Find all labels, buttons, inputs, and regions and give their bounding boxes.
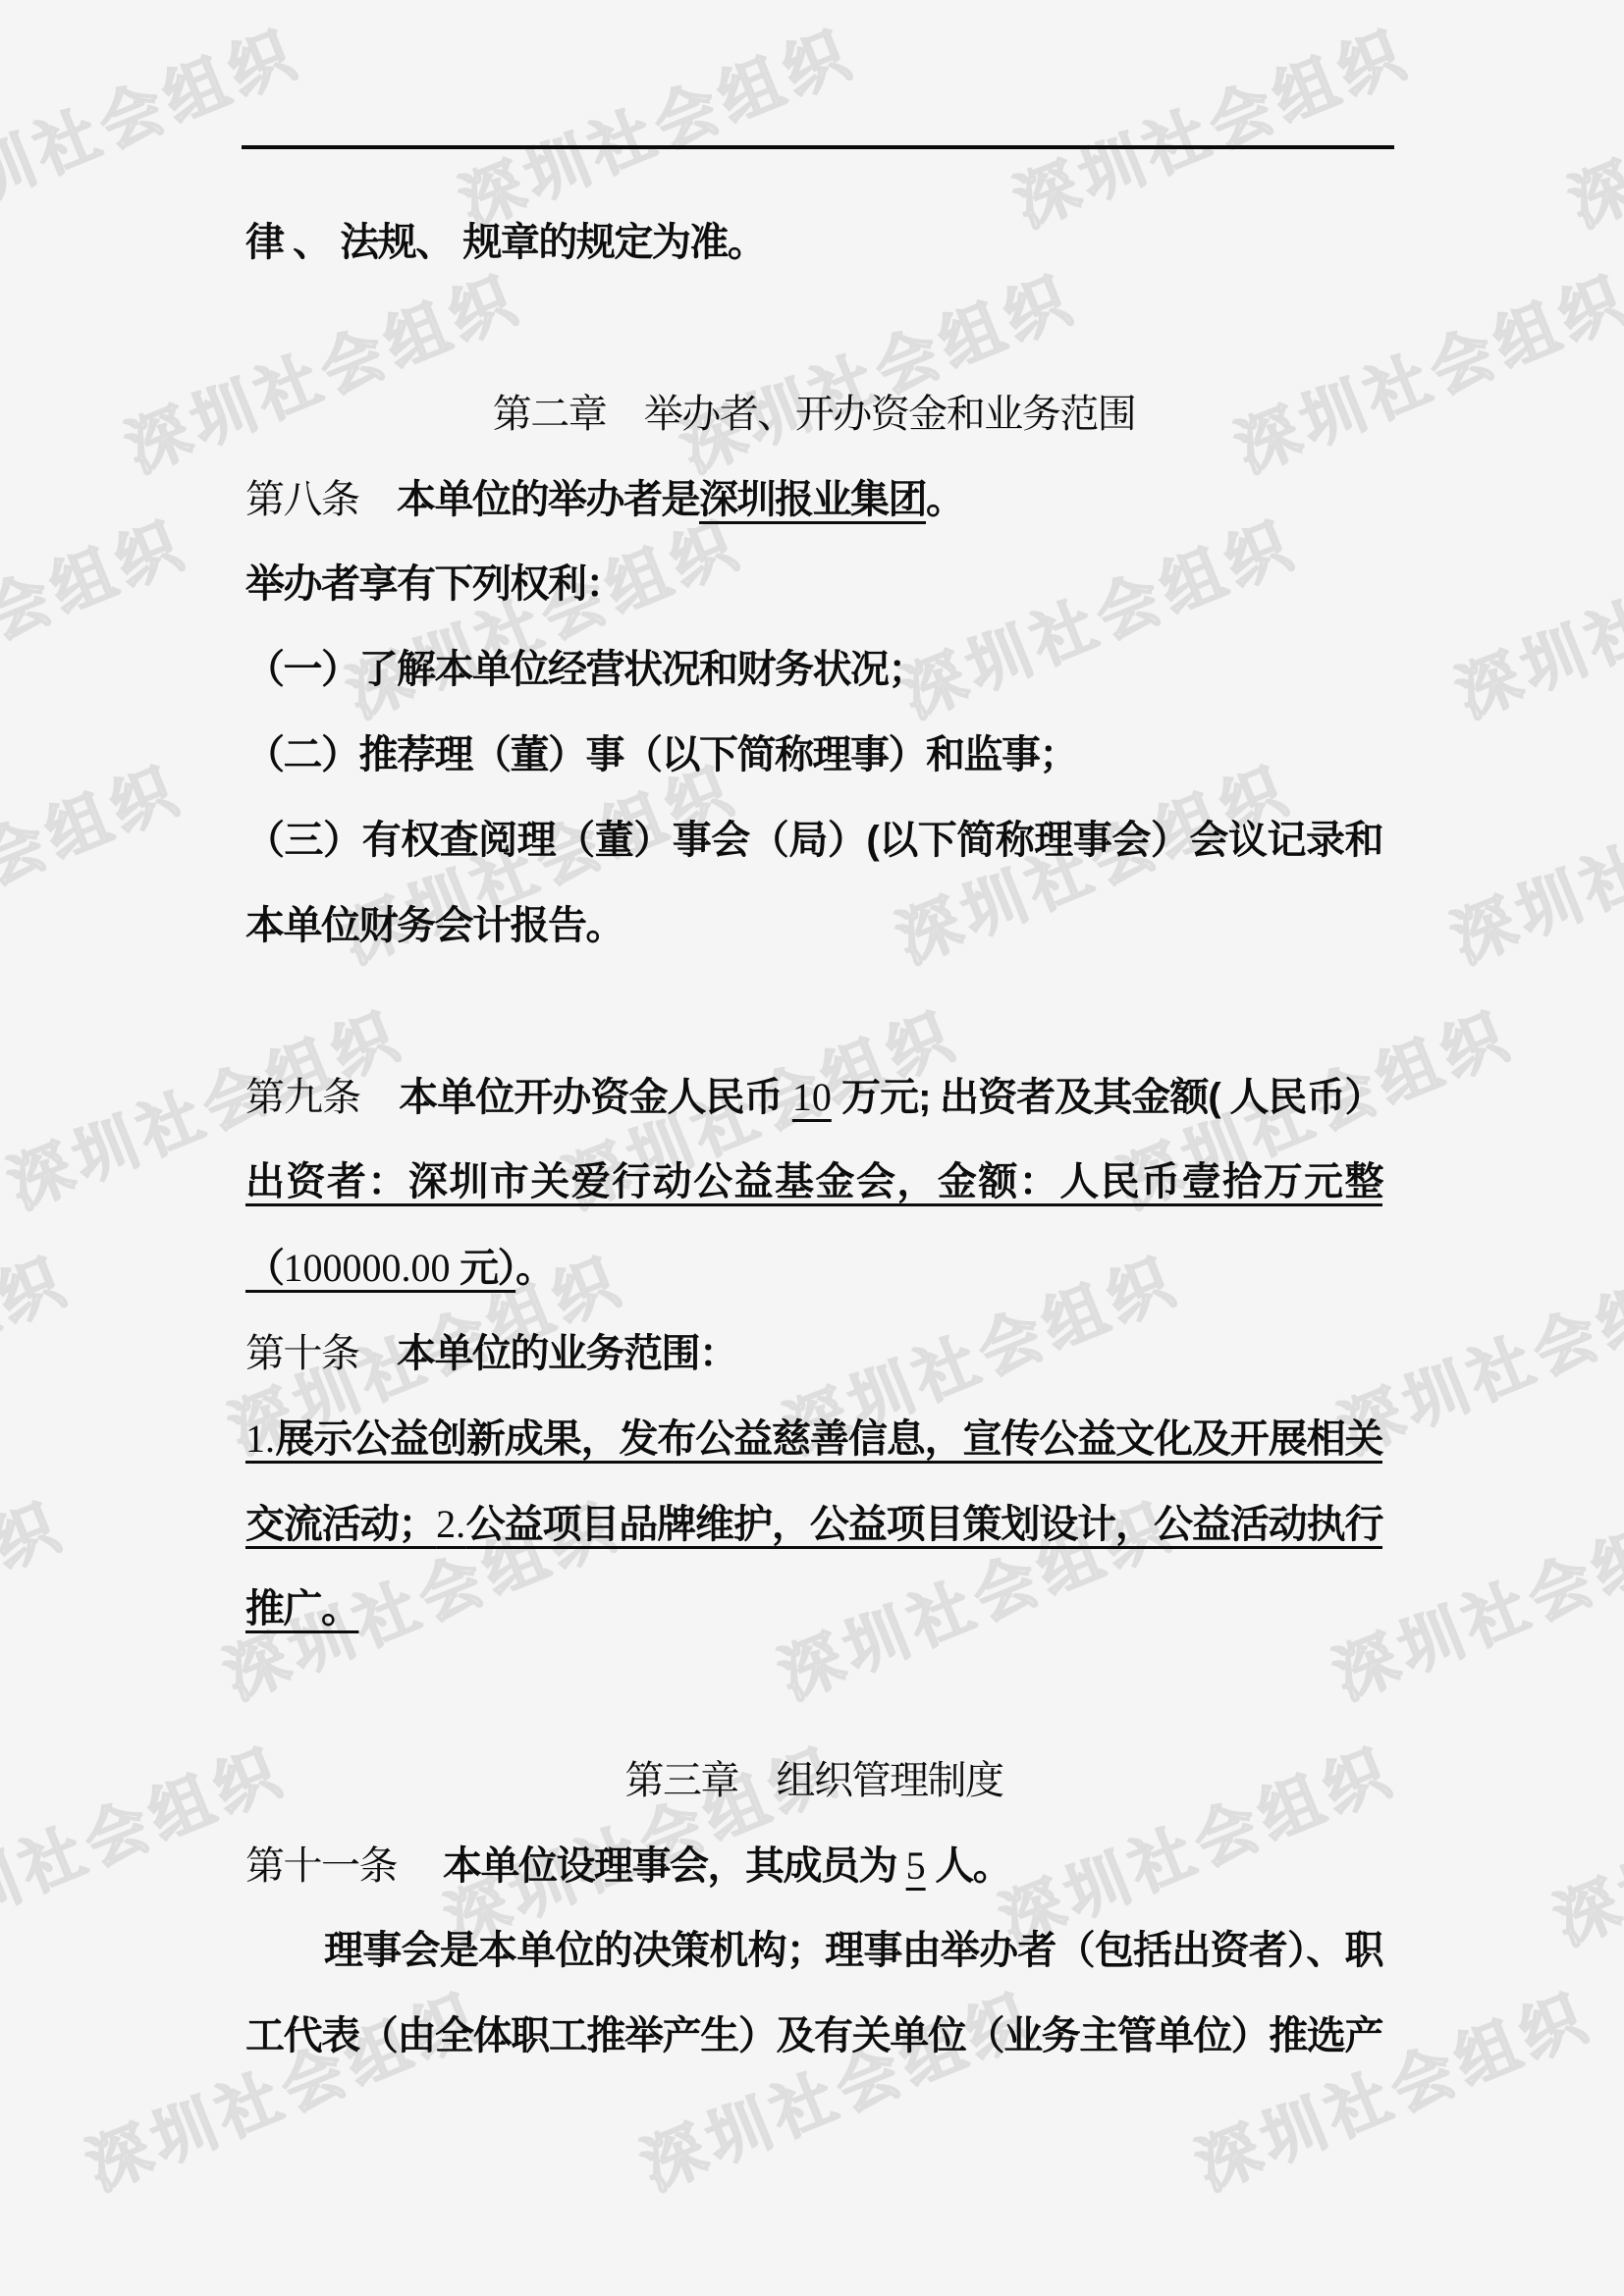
watermark: 深圳社会组织 bbox=[0, 740, 193, 981]
doc-line: （一）了解本单位经营状况和财务状况； bbox=[245, 627, 1382, 713]
doc-line: 律 、 法规、 规章的规定为准。 bbox=[245, 200, 1382, 286]
text-run: 第十一条 bbox=[245, 1843, 397, 1888]
doc-line: 推广。 bbox=[245, 1567, 1382, 1652]
watermark: 深圳社会组织 bbox=[0, 1476, 76, 1717]
text-run: 第八条 bbox=[245, 477, 359, 521]
watermark: 深圳社会组织 bbox=[1554, 4, 1624, 244]
text-run: 出资者：深圳市关爱行动公益基金会，金额：人民币壹拾万元整 bbox=[245, 1160, 1382, 1203]
text-run: 本单位的业务范围： bbox=[397, 1332, 737, 1375]
doc-line: 第八条 本单位的举办者是深圳报业集团。 bbox=[245, 456, 1382, 542]
text-run bbox=[359, 1331, 398, 1375]
text-run bbox=[360, 1075, 399, 1119]
doc-line: 出资者：深圳市关爱行动公益基金会，金额：人民币壹拾万元整 bbox=[245, 1140, 1382, 1225]
text-run: 本单位的举办者是 bbox=[397, 478, 699, 521]
text-run: 人。 bbox=[926, 1844, 1011, 1888]
text-run: 公益项目品牌维护，公益项目策划设计，公益活动执行 bbox=[465, 1503, 1382, 1546]
text-run bbox=[359, 477, 398, 521]
doc-line: 第九条 本单位开办资金人民币 10 万元; 出资者及其金额( 人民币） bbox=[245, 1054, 1382, 1140]
text-run: 律 、 法规、 规章的规定为准。 bbox=[245, 221, 765, 264]
text-run: 深圳报业集团 bbox=[699, 478, 926, 521]
watermark: 深圳社会组织 bbox=[1436, 740, 1624, 981]
doc-line: 1.展示公益创新成果，发布公益慈善信息，宣传公益文化及开展相关 bbox=[245, 1396, 1382, 1481]
text-run: 100000.00 bbox=[284, 1246, 451, 1290]
blank-line bbox=[245, 286, 1382, 371]
doc-line: 工代表（由全体职工推举产生）及有关单位（业务主管单位）推选产 bbox=[245, 1994, 1382, 2079]
text-run: 本单位设理事会，其成员为 bbox=[443, 1844, 906, 1888]
doc-line: （二）推荐理（董）事（以下简称理事）和监事； bbox=[245, 713, 1382, 798]
doc-line: 交流活动；2.公益项目品牌维护，公益项目策划设计，公益活动执行 bbox=[245, 1481, 1382, 1567]
text-run: 5 bbox=[906, 1843, 926, 1888]
text-run: 10 bbox=[792, 1075, 832, 1119]
text-run: （三）有权查阅理（董）事会（局）(以下简称理事会）会议记录和 bbox=[245, 819, 1382, 862]
doc-line: 第十条 本单位的业务范围： bbox=[245, 1310, 1382, 1396]
doc-line: 本单位财务会计报告。 bbox=[245, 883, 1382, 969]
text-run: 元） bbox=[451, 1247, 516, 1290]
text-run: 本单位财务会计报告。 bbox=[245, 904, 623, 947]
chapter-heading: 第三章 组织管理制度 bbox=[245, 1737, 1382, 1823]
watermark: 深圳社会组织 bbox=[0, 495, 198, 735]
doc-line: （100000.00 元）。 bbox=[245, 1225, 1382, 1310]
text-run: 推广。 bbox=[245, 1587, 359, 1630]
text-run: 理事会是本单位的决策机构；理事由举办者（包括出资者）、职 bbox=[324, 1929, 1382, 1972]
text-run: 本单位开办资金人民币 bbox=[399, 1076, 792, 1119]
doc-line: 第十一条 本单位设理事会，其成员为 5 人。 bbox=[245, 1823, 1382, 1908]
text-run: （二）推荐理（董）事（以下简称理事）和监事； bbox=[245, 733, 1077, 776]
text-run: 万元; 出资者及其金额( 人民币） bbox=[832, 1076, 1382, 1119]
text-run: 。 bbox=[515, 1247, 554, 1290]
doc-line: （三）有权查阅理（董）事会（局）(以下简称理事会）会议记录和 bbox=[245, 798, 1382, 883]
text-run: 交流活动； bbox=[245, 1503, 436, 1546]
text-run: 工代表（由全体职工推举产生）及有关单位（业务主管单位）推选产 bbox=[245, 2014, 1382, 2057]
text-run: 1. bbox=[245, 1416, 275, 1461]
text-run: 。 bbox=[926, 478, 964, 521]
document-page: 深圳社会组织深圳社会组织深圳社会组织深圳社会组织深圳社会组织深圳社会组织深圳社会… bbox=[0, 0, 1624, 2296]
text-run: （ bbox=[245, 1247, 284, 1290]
doc-line: 理事会是本单位的决策机构；理事由举办者（包括出资者）、职 bbox=[245, 1908, 1382, 1994]
watermark: 深圳社会组织 bbox=[1441, 495, 1624, 735]
text-run: （一）了解本单位经营状况和财务状况； bbox=[245, 648, 926, 691]
text-run: 第三章 组织管理制度 bbox=[625, 1758, 1003, 1802]
doc-line: 举办者享有下列权利： bbox=[245, 542, 1382, 627]
watermark: 深圳社会组织 bbox=[1540, 1722, 1624, 1962]
text-run: 举办者享有下列权利： bbox=[245, 562, 623, 606]
blank-line bbox=[245, 1652, 1382, 1737]
text-run: 第十条 bbox=[245, 1331, 359, 1375]
header-rule bbox=[242, 145, 1394, 149]
text-run: 2. bbox=[436, 1502, 465, 1546]
text-run: 第九条 bbox=[245, 1075, 360, 1119]
chapter-heading: 第二章 举办者、开办资金和业务范围 bbox=[245, 371, 1382, 456]
text-run bbox=[397, 1843, 443, 1888]
document-body: 律 、 法规、 规章的规定为准。第二章 举办者、开办资金和业务范围第八条 本单位… bbox=[245, 200, 1382, 2079]
blank-line bbox=[245, 969, 1382, 1054]
watermark: 深圳社会组织 bbox=[0, 1231, 81, 1471]
text-run: 第二章 举办者、开办资金和业务范围 bbox=[493, 392, 1136, 436]
text-run: 展示公益创新成果，发布公益慈善信息，宣传公益文化及开展相关 bbox=[275, 1417, 1382, 1461]
